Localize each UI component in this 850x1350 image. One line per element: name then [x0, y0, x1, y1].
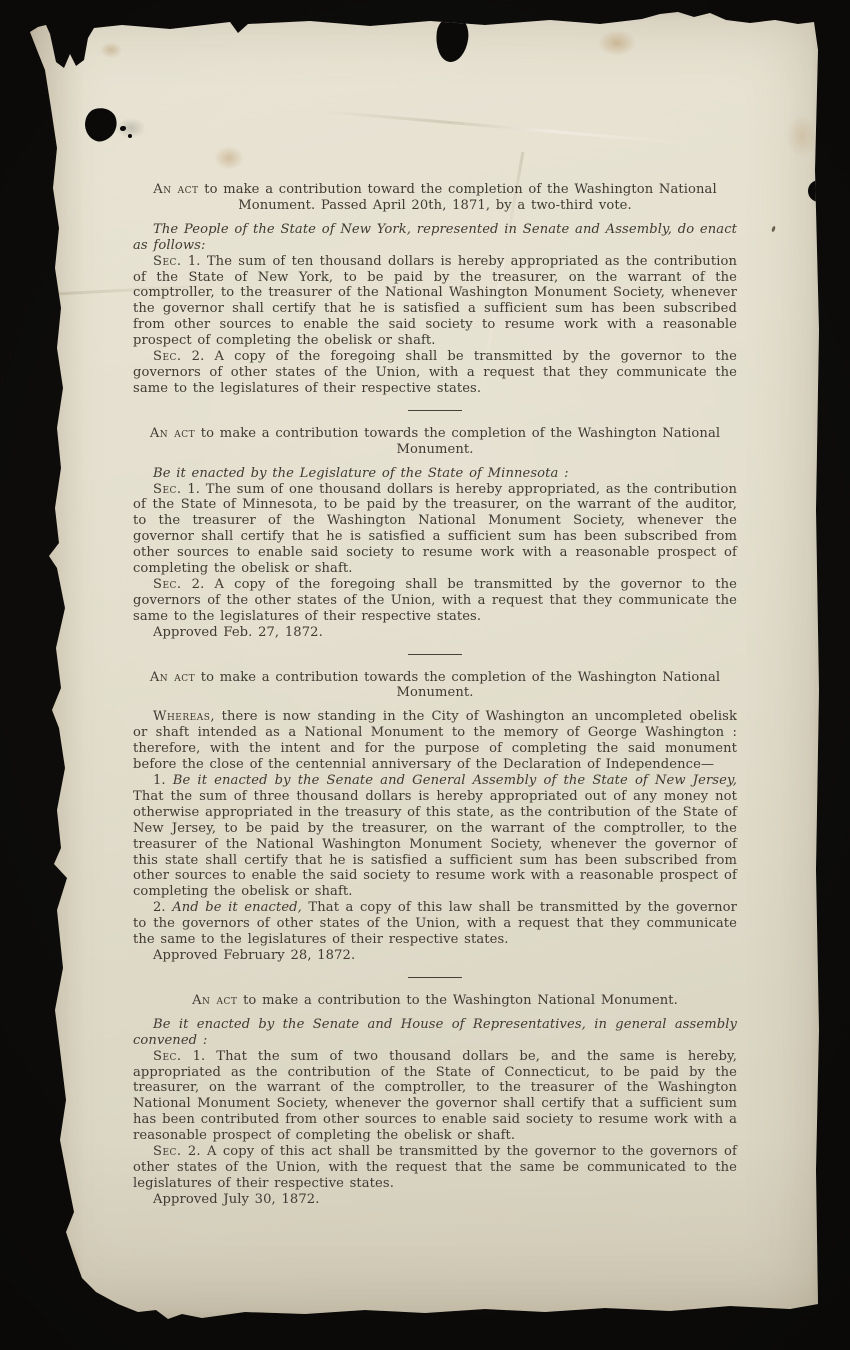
section-number: 2. — [182, 349, 215, 364]
paper-hole-speck — [128, 134, 132, 138]
approval-line: Approved February 28, 1872. — [133, 948, 737, 964]
italic-phrase: Be it enacted by the Senate and General … — [173, 773, 737, 788]
act-heading: An act to make a contribution toward the… — [133, 182, 737, 214]
section-paragraph: 1. Be it enacted by the Senate and Gener… — [133, 773, 737, 900]
document-page: An act to make a contribution toward the… — [30, 10, 820, 1320]
act-heading: An act to make a contribution towards th… — [133, 670, 737, 702]
paragraph-text: The sum of one thousand dollars is hereb… — [133, 482, 737, 577]
paragraph-text: A copy of the foregoing shall be transmi… — [133, 349, 737, 396]
ink-speck — [771, 226, 776, 233]
act-divider — [408, 410, 462, 411]
act-heading-text: to make a contribution towards the compl… — [201, 426, 720, 457]
paragraph-text: A copy of the foregoing shall be transmi… — [133, 577, 737, 624]
stain — [54, 1242, 82, 1298]
section-number: 1. — [153, 773, 173, 788]
act-connecticut: An act to make a contribution to the Was… — [133, 993, 737, 1208]
document-content: An act to make a contribution toward the… — [133, 10, 737, 1208]
act-heading-text: to make a contribution towards the compl… — [201, 670, 720, 701]
smallcaps-lead: Sec. — [153, 577, 182, 592]
smallcaps-lead: Sec. — [153, 254, 182, 269]
section-number: 1. — [182, 1049, 217, 1064]
whereas-paragraph: Whereas, there is now standing in the Ci… — [133, 709, 737, 773]
italic-phrase: And be it enacted, — [172, 900, 302, 915]
enacting-clause: The People of the State of New York, rep… — [133, 222, 737, 254]
act-divider — [408, 654, 462, 655]
section-paragraph: Sec. 2. A copy of the foregoing shall be… — [133, 577, 737, 625]
act-heading-text: to make a contribution to the Washington… — [243, 993, 678, 1008]
enacting-clause-text: The People of the State of New York, rep… — [133, 222, 737, 253]
approval-line: Approved Feb. 27, 1872. — [133, 625, 737, 641]
act-heading-lead: An act — [150, 426, 195, 441]
section-paragraph: Sec. 1. The sum of ten thousand dollars … — [133, 254, 737, 349]
act-heading-lead: An act — [150, 670, 195, 685]
act-heading-lead: An act — [153, 182, 198, 197]
act-new-jersey: An act to make a contribution towards th… — [133, 670, 737, 964]
photo-background: An act to make a contribution toward the… — [0, 0, 850, 1350]
section-number: 2. — [182, 577, 215, 592]
section-paragraph: 2. And be it enacted, That a copy of thi… — [133, 900, 737, 948]
section-paragraph: Sec. 1. The sum of one thousand dollars … — [133, 482, 737, 577]
section-paragraph: Sec. 1. That the sum of two thousand dol… — [133, 1049, 737, 1144]
enacting-clause: Be it enacted by the Legislature of the … — [133, 466, 737, 482]
paragraph-text: there is now standing in the City of Was… — [133, 709, 737, 772]
paragraph-text: That the sum of three thousand dollars i… — [133, 789, 737, 899]
section-paragraph: Sec. 2. A copy of this act shall be tran… — [133, 1144, 737, 1192]
act-heading-text: to make a contribution toward the comple… — [204, 182, 717, 213]
approval-line: Approved July 30, 1872. — [133, 1192, 737, 1208]
section-number: 2. — [182, 1144, 207, 1159]
section-paragraph: Sec. 2. A copy of the foregoing shall be… — [133, 349, 737, 397]
enacting-clause-text: Be it enacted by the Senate and House of… — [133, 1017, 737, 1048]
section-number: 2. — [153, 900, 172, 915]
paragraph-text: A copy of this act shall be transmitted … — [133, 1144, 737, 1191]
smallcaps-lead: Sec. — [153, 1144, 182, 1159]
enacting-clause-text: Be it enacted by the Legislature of the … — [153, 466, 569, 481]
enacting-clause: Be it enacted by the Senate and House of… — [133, 1017, 737, 1049]
stain — [100, 42, 122, 58]
paragraph-text: That the sum of two thousand dollars be,… — [133, 1049, 737, 1144]
act-divider — [408, 977, 462, 978]
smallcaps-lead: Whereas — [153, 709, 210, 724]
stain — [34, 648, 58, 724]
act-heading: An act to make a contribution towards th… — [133, 426, 737, 458]
smallcaps-lead: Sec. — [153, 482, 182, 497]
act-new-york: An act to make a contribution toward the… — [133, 182, 737, 397]
paragraph-text: The sum of ten thousand dollars is hereb… — [133, 254, 737, 349]
paper-hole — [808, 180, 830, 202]
smallcaps-lead: Sec. — [153, 349, 182, 364]
act-heading-lead: An act — [192, 993, 237, 1008]
paper-hole — [81, 105, 120, 145]
stain — [786, 114, 818, 158]
smallcaps-lead: Sec. — [153, 1049, 182, 1064]
section-number: 1. — [182, 254, 207, 269]
section-number: , — [210, 709, 221, 724]
section-number: 1. — [182, 482, 206, 497]
act-heading: An act to make a contribution to the Was… — [133, 993, 737, 1009]
act-minnesota: An act to make a contribution towards th… — [133, 426, 737, 641]
